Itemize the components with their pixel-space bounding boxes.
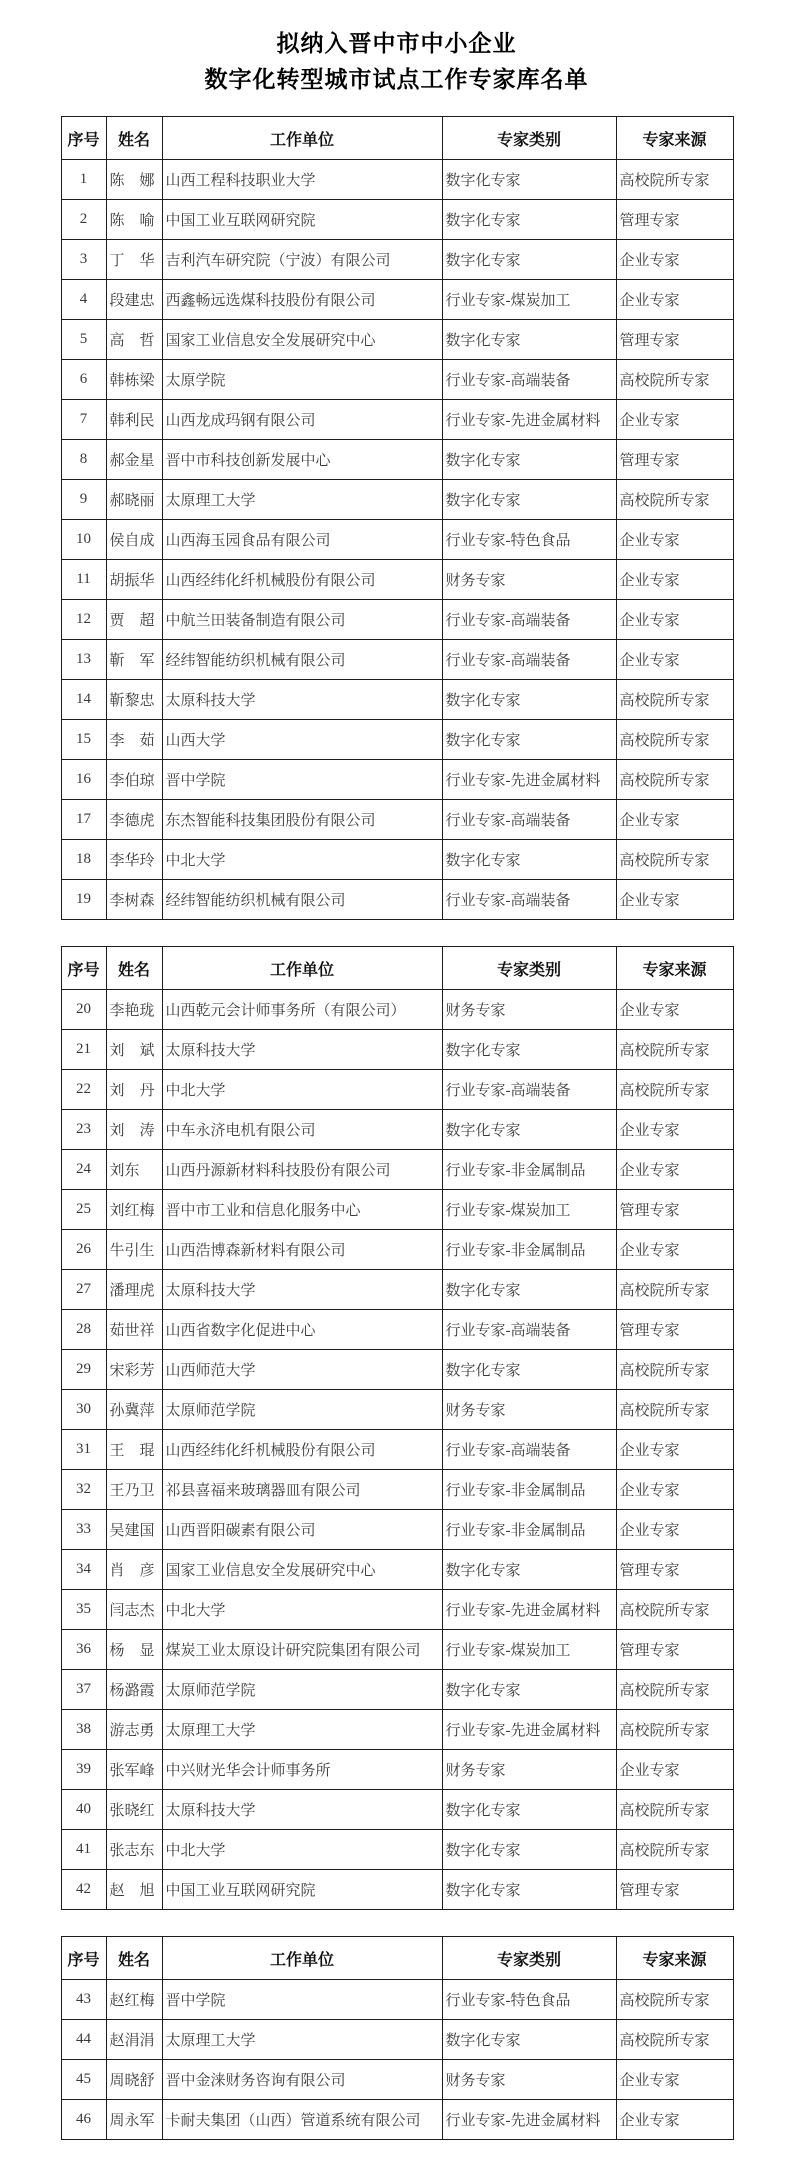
cell-no: 34 — [61, 1550, 106, 1590]
cell-cat: 行业专家-先进金属材料 — [442, 2100, 616, 2140]
cell-org: 太原科技大学 — [162, 1790, 442, 1830]
cell-org: 西鑫畅远选煤科技股份有限公司 — [162, 280, 442, 320]
cell-no: 38 — [61, 1710, 106, 1750]
cell-name: 陈 娜 — [106, 160, 162, 200]
table-row: 41张志东中北大学数字化专家高校院所专家 — [61, 1830, 733, 1870]
cell-name: 郝晓丽 — [106, 480, 162, 520]
cell-no: 39 — [61, 1750, 106, 1790]
cell-cat: 数字化专家 — [442, 1270, 616, 1310]
cell-no: 15 — [61, 720, 106, 760]
cell-no: 25 — [61, 1190, 106, 1230]
cell-src: 高校院所专家 — [616, 2020, 733, 2060]
cell-org: 国家工业信息安全发展研究中心 — [162, 320, 442, 360]
table-row: 31王 琨山西经纬化纤机械股份有限公司行业专家-高端装备企业专家 — [61, 1430, 733, 1470]
cell-name: 陈 喻 — [106, 200, 162, 240]
document-title-line2: 数字化转型城市试点工作专家库名单 — [0, 62, 793, 98]
cell-name: 刘 涛 — [106, 1110, 162, 1150]
cell-name: 张军峰 — [106, 1750, 162, 1790]
cell-cat: 行业专家-煤炭加工 — [442, 280, 616, 320]
table-row: 45周晓舒晋中金涞财务咨询有限公司财务专家企业专家 — [61, 2060, 733, 2100]
cell-src: 管理专家 — [616, 1870, 733, 1910]
cell-no: 26 — [61, 1230, 106, 1270]
cell-cat: 行业专家-非金属制品 — [442, 1510, 616, 1550]
cell-name: 郝金星 — [106, 440, 162, 480]
cell-org: 中兴财光华会计师事务所 — [162, 1750, 442, 1790]
table-row: 1陈 娜山西工程科技职业大学数字化专家高校院所专家 — [61, 160, 733, 200]
table-row: 46周永军卡耐夫集团（山西）管道系统有限公司行业专家-先进金属材料企业专家 — [61, 2100, 733, 2140]
cell-src: 管理专家 — [616, 440, 733, 480]
cell-name: 李树森 — [106, 880, 162, 920]
column-header-org: 工作单位 — [162, 117, 442, 160]
column-header-name: 姓名 — [106, 1937, 162, 1980]
cell-org: 山西浩博森新材料有限公司 — [162, 1230, 442, 1270]
cell-no: 44 — [61, 2020, 106, 2060]
table-row: 27潘理虎太原科技大学数字化专家高校院所专家 — [61, 1270, 733, 1310]
cell-cat: 财务专家 — [442, 1750, 616, 1790]
cell-src: 管理专家 — [616, 1190, 733, 1230]
cell-no: 6 — [61, 360, 106, 400]
cell-org: 中北大学 — [162, 840, 442, 880]
cell-org: 山西经纬化纤机械股份有限公司 — [162, 560, 442, 600]
cell-src: 高校院所专家 — [616, 1670, 733, 1710]
document-title: 拟纳入晋中市中小企业 数字化转型城市试点工作专家库名单 — [0, 26, 793, 98]
cell-src: 高校院所专家 — [616, 720, 733, 760]
table-row: 37杨潞霞太原师范学院数字化专家高校院所专家 — [61, 1670, 733, 1710]
cell-no: 5 — [61, 320, 106, 360]
cell-cat: 行业专家-高端装备 — [442, 1070, 616, 1110]
table-row: 19李树森经纬智能纺织机械有限公司行业专家-高端装备企业专家 — [61, 880, 733, 920]
table-row: 13靳 军经纬智能纺织机械有限公司行业专家-高端装备企业专家 — [61, 640, 733, 680]
cell-name: 王 琨 — [106, 1430, 162, 1470]
cell-name: 韩利民 — [106, 400, 162, 440]
cell-src: 企业专家 — [616, 880, 733, 920]
cell-cat: 行业专家-高端装备 — [442, 800, 616, 840]
cell-org: 祁县喜福来玻璃器皿有限公司 — [162, 1470, 442, 1510]
cell-cat: 行业专家-特色食品 — [442, 520, 616, 560]
table-row: 42赵 旭中国工业互联网研究院数字化专家管理专家 — [61, 1870, 733, 1910]
cell-name: 赵 旭 — [106, 1870, 162, 1910]
table-header-row: 序号姓名工作单位专家类别专家来源 — [61, 947, 733, 990]
cell-src: 高校院所专家 — [616, 1070, 733, 1110]
cell-src: 高校院所专家 — [616, 1390, 733, 1430]
cell-cat: 行业专家-非金属制品 — [442, 1230, 616, 1270]
table-row: 38游志勇太原理工大学行业专家-先进金属材料高校院所专家 — [61, 1710, 733, 1750]
cell-org: 中北大学 — [162, 1830, 442, 1870]
table-row: 7韩利民山西龙成玛钢有限公司行业专家-先进金属材料企业专家 — [61, 400, 733, 440]
cell-cat: 数字化专家 — [442, 720, 616, 760]
table-row: 23刘 涛中车永济电机有限公司数字化专家企业专家 — [61, 1110, 733, 1150]
table-row: 6韩栋梁太原学院行业专家-高端装备高校院所专家 — [61, 360, 733, 400]
cell-src: 企业专家 — [616, 1230, 733, 1270]
cell-org: 太原科技大学 — [162, 1030, 442, 1070]
table-row: 9郝晓丽太原理工大学数字化专家高校院所专家 — [61, 480, 733, 520]
cell-src: 企业专家 — [616, 240, 733, 280]
column-header-cat: 专家类别 — [442, 947, 616, 990]
cell-name: 李华玲 — [106, 840, 162, 880]
cell-name: 李艳珑 — [106, 990, 162, 1030]
cell-name: 刘 丹 — [106, 1070, 162, 1110]
document-title-line1: 拟纳入晋中市中小企业 — [0, 26, 793, 62]
cell-src: 管理专家 — [616, 320, 733, 360]
table-row: 39张军峰中兴财光华会计师事务所财务专家企业专家 — [61, 1750, 733, 1790]
cell-cat: 行业专家-高端装备 — [442, 1310, 616, 1350]
cell-src: 企业专家 — [616, 1750, 733, 1790]
table-row: 28茹世祥山西省数字化促进中心行业专家-高端装备管理专家 — [61, 1310, 733, 1350]
cell-org: 中车永济电机有限公司 — [162, 1110, 442, 1150]
cell-cat: 行业专家-先进金属材料 — [442, 1710, 616, 1750]
cell-no: 28 — [61, 1310, 106, 1350]
cell-name: 茹世祥 — [106, 1310, 162, 1350]
column-header-src: 专家来源 — [616, 117, 733, 160]
column-header-src: 专家来源 — [616, 947, 733, 990]
cell-src: 企业专家 — [616, 640, 733, 680]
cell-cat: 行业专家-高端装备 — [442, 600, 616, 640]
cell-org: 山西省数字化促进中心 — [162, 1310, 442, 1350]
cell-org: 晋中市科技创新发展中心 — [162, 440, 442, 480]
cell-name: 靳 军 — [106, 640, 162, 680]
cell-no: 21 — [61, 1030, 106, 1070]
cell-name: 靳黎忠 — [106, 680, 162, 720]
cell-org: 中航兰田装备制造有限公司 — [162, 600, 442, 640]
cell-name: 赵涓涓 — [106, 2020, 162, 2060]
table-row: 29宋彩芳山西师范大学数字化专家高校院所专家 — [61, 1350, 733, 1390]
table-row: 10侯自成山西海玉园食品有限公司行业专家-特色食品企业专家 — [61, 520, 733, 560]
cell-no: 23 — [61, 1110, 106, 1150]
cell-src: 企业专家 — [616, 1510, 733, 1550]
cell-cat: 行业专家-高端装备 — [442, 360, 616, 400]
cell-no: 22 — [61, 1070, 106, 1110]
column-header-org: 工作单位 — [162, 947, 442, 990]
cell-org: 经纬智能纺织机械有限公司 — [162, 640, 442, 680]
cell-org: 中国工业互联网研究院 — [162, 1870, 442, 1910]
cell-name: 周晓舒 — [106, 2060, 162, 2100]
column-header-src: 专家来源 — [616, 1937, 733, 1980]
cell-org: 太原理工大学 — [162, 480, 442, 520]
column-header-no: 序号 — [61, 1937, 106, 1980]
cell-src: 管理专家 — [616, 1630, 733, 1670]
cell-src: 高校院所专家 — [616, 1030, 733, 1070]
cell-name: 刘 斌 — [106, 1030, 162, 1070]
column-header-name: 姓名 — [106, 117, 162, 160]
cell-cat: 行业专家-高端装备 — [442, 880, 616, 920]
cell-name: 张志东 — [106, 1830, 162, 1870]
document-page: 拟纳入晋中市中小企业 数字化转型城市试点工作专家库名单 序号姓名工作单位专家类别… — [0, 0, 793, 2180]
cell-no: 40 — [61, 1790, 106, 1830]
cell-src: 企业专家 — [616, 400, 733, 440]
cell-name: 胡振华 — [106, 560, 162, 600]
table-row: 35闫志杰中北大学行业专家-先进金属材料高校院所专家 — [61, 1590, 733, 1630]
expert-table-1: 序号姓名工作单位专家类别专家来源1陈 娜山西工程科技职业大学数字化专家高校院所专… — [61, 116, 734, 920]
cell-cat: 数字化专家 — [442, 1550, 616, 1590]
cell-src: 高校院所专家 — [616, 360, 733, 400]
cell-no: 27 — [61, 1270, 106, 1310]
cell-src: 企业专家 — [616, 990, 733, 1030]
cell-cat: 数字化专家 — [442, 1790, 616, 1830]
cell-src: 高校院所专家 — [616, 1350, 733, 1390]
column-header-cat: 专家类别 — [442, 1937, 616, 1980]
table-row: 14靳黎忠太原科技大学数字化专家高校院所专家 — [61, 680, 733, 720]
cell-no: 2 — [61, 200, 106, 240]
cell-name: 高 哲 — [106, 320, 162, 360]
column-header-name: 姓名 — [106, 947, 162, 990]
cell-name: 李伯琼 — [106, 760, 162, 800]
cell-org: 山西海玉园食品有限公司 — [162, 520, 442, 560]
cell-org: 山西晋阳碳素有限公司 — [162, 1510, 442, 1550]
cell-no: 42 — [61, 1870, 106, 1910]
cell-cat: 数字化专家 — [442, 200, 616, 240]
table-row: 11胡振华山西经纬化纤机械股份有限公司财务专家企业专家 — [61, 560, 733, 600]
table-row: 20李艳珑山西乾元会计师事务所（有限公司）财务专家企业专家 — [61, 990, 733, 1030]
cell-name: 李德虎 — [106, 800, 162, 840]
cell-no: 45 — [61, 2060, 106, 2100]
cell-src: 高校院所专家 — [616, 1980, 733, 2020]
cell-org: 太原学院 — [162, 360, 442, 400]
cell-org: 中国工业互联网研究院 — [162, 200, 442, 240]
cell-name: 杨潞霞 — [106, 1670, 162, 1710]
cell-no: 16 — [61, 760, 106, 800]
cell-src: 企业专家 — [616, 1110, 733, 1150]
cell-src: 高校院所专家 — [616, 760, 733, 800]
cell-org: 山西经纬化纤机械股份有限公司 — [162, 1430, 442, 1470]
expert-table-2: 序号姓名工作单位专家类别专家来源20李艳珑山西乾元会计师事务所（有限公司）财务专… — [61, 946, 734, 1910]
cell-cat: 数字化专家 — [442, 1830, 616, 1870]
table-row: 36杨 显煤炭工业太原设计研究院集团有限公司行业专家-煤炭加工管理专家 — [61, 1630, 733, 1670]
table-row: 8郝金星晋中市科技创新发展中心数字化专家管理专家 — [61, 440, 733, 480]
table-row: 22刘 丹中北大学行业专家-高端装备高校院所专家 — [61, 1070, 733, 1110]
cell-org: 煤炭工业太原设计研究院集团有限公司 — [162, 1630, 442, 1670]
cell-name: 李 茹 — [106, 720, 162, 760]
expert-table-3: 序号姓名工作单位专家类别专家来源43赵红梅晋中学院行业专家-特色食品高校院所专家… — [61, 1936, 734, 2140]
expert-tables-container: 序号姓名工作单位专家类别专家来源1陈 娜山西工程科技职业大学数字化专家高校院所专… — [61, 116, 733, 2140]
cell-no: 12 — [61, 600, 106, 640]
cell-src: 高校院所专家 — [616, 160, 733, 200]
cell-no: 18 — [61, 840, 106, 880]
cell-cat: 行业专家-非金属制品 — [442, 1470, 616, 1510]
cell-name: 肖 彦 — [106, 1550, 162, 1590]
table-row: 44赵涓涓太原理工大学数字化专家高校院所专家 — [61, 2020, 733, 2060]
cell-name: 牛引生 — [106, 1230, 162, 1270]
column-header-no: 序号 — [61, 117, 106, 160]
table-row: 34肖 彦国家工业信息安全发展研究中心数字化专家管理专家 — [61, 1550, 733, 1590]
cell-org: 经纬智能纺织机械有限公司 — [162, 880, 442, 920]
cell-org: 中北大学 — [162, 1070, 442, 1110]
cell-no: 19 — [61, 880, 106, 920]
cell-no: 14 — [61, 680, 106, 720]
cell-no: 8 — [61, 440, 106, 480]
cell-src: 企业专家 — [616, 800, 733, 840]
cell-cat: 数字化专家 — [442, 680, 616, 720]
cell-cat: 数字化专家 — [442, 1870, 616, 1910]
cell-src: 高校院所专家 — [616, 1710, 733, 1750]
table-row: 25刘红梅晋中市工业和信息化服务中心行业专家-煤炭加工管理专家 — [61, 1190, 733, 1230]
cell-no: 30 — [61, 1390, 106, 1430]
table-row: 18李华玲中北大学数字化专家高校院所专家 — [61, 840, 733, 880]
table-header-row: 序号姓名工作单位专家类别专家来源 — [61, 117, 733, 160]
cell-org: 山西丹源新材料科技股份有限公司 — [162, 1150, 442, 1190]
cell-name: 贾 超 — [106, 600, 162, 640]
cell-org: 山西大学 — [162, 720, 442, 760]
cell-org: 晋中学院 — [162, 1980, 442, 2020]
cell-org: 晋中学院 — [162, 760, 442, 800]
cell-org: 太原师范学院 — [162, 1670, 442, 1710]
cell-no: 7 — [61, 400, 106, 440]
cell-name: 赵红梅 — [106, 1980, 162, 2020]
cell-no: 20 — [61, 990, 106, 1030]
cell-no: 3 — [61, 240, 106, 280]
cell-src: 企业专家 — [616, 2060, 733, 2100]
cell-cat: 行业专家-高端装备 — [442, 640, 616, 680]
column-header-org: 工作单位 — [162, 1937, 442, 1980]
cell-src: 企业专家 — [616, 280, 733, 320]
cell-src: 企业专家 — [616, 560, 733, 600]
cell-cat: 财务专家 — [442, 1390, 616, 1430]
cell-name: 丁 华 — [106, 240, 162, 280]
cell-src: 企业专家 — [616, 1150, 733, 1190]
cell-no: 24 — [61, 1150, 106, 1190]
cell-cat: 数字化专家 — [442, 840, 616, 880]
cell-org: 太原理工大学 — [162, 2020, 442, 2060]
column-header-no: 序号 — [61, 947, 106, 990]
cell-cat: 财务专家 — [442, 560, 616, 600]
cell-cat: 数字化专家 — [442, 1030, 616, 1070]
cell-no: 10 — [61, 520, 106, 560]
cell-no: 17 — [61, 800, 106, 840]
cell-cat: 行业专家-高端装备 — [442, 1430, 616, 1470]
cell-org: 太原科技大学 — [162, 1270, 442, 1310]
cell-no: 29 — [61, 1350, 106, 1390]
cell-name: 潘理虎 — [106, 1270, 162, 1310]
cell-no: 41 — [61, 1830, 106, 1870]
cell-org: 吉利汽车研究院（宁波）有限公司 — [162, 240, 442, 280]
table-row: 40张晓红太原科技大学数字化专家高校院所专家 — [61, 1790, 733, 1830]
cell-cat: 财务专家 — [442, 2060, 616, 2100]
table-row: 33吴建国山西晋阳碳素有限公司行业专家-非金属制品企业专家 — [61, 1510, 733, 1550]
cell-cat: 行业专家-特色食品 — [442, 1980, 616, 2020]
cell-no: 46 — [61, 2100, 106, 2140]
cell-name: 吴建国 — [106, 1510, 162, 1550]
cell-name: 闫志杰 — [106, 1590, 162, 1630]
cell-src: 高校院所专家 — [616, 1590, 733, 1630]
cell-src: 高校院所专家 — [616, 1830, 733, 1870]
cell-src: 高校院所专家 — [616, 480, 733, 520]
cell-no: 37 — [61, 1670, 106, 1710]
cell-cat: 数字化专家 — [442, 160, 616, 200]
cell-name: 刘东 — [106, 1150, 162, 1190]
table-row: 4段建忠西鑫畅远选煤科技股份有限公司行业专家-煤炭加工企业专家 — [61, 280, 733, 320]
table-row: 30孙冀萍太原师范学院财务专家高校院所专家 — [61, 1390, 733, 1430]
cell-org: 太原师范学院 — [162, 1390, 442, 1430]
cell-cat: 数字化专家 — [442, 1350, 616, 1390]
cell-src: 管理专家 — [616, 1550, 733, 1590]
cell-no: 13 — [61, 640, 106, 680]
cell-name: 张晓红 — [106, 1790, 162, 1830]
cell-cat: 数字化专家 — [442, 320, 616, 360]
cell-cat: 数字化专家 — [442, 440, 616, 480]
cell-cat: 数字化专家 — [442, 2020, 616, 2060]
cell-src: 企业专家 — [616, 520, 733, 560]
cell-no: 9 — [61, 480, 106, 520]
cell-name: 宋彩芳 — [106, 1350, 162, 1390]
cell-org: 山西龙成玛钢有限公司 — [162, 400, 442, 440]
cell-org: 太原理工大学 — [162, 1710, 442, 1750]
cell-no: 32 — [61, 1470, 106, 1510]
cell-no: 33 — [61, 1510, 106, 1550]
cell-org: 山西工程科技职业大学 — [162, 160, 442, 200]
table-row: 15李 茹山西大学数字化专家高校院所专家 — [61, 720, 733, 760]
cell-cat: 行业专家-先进金属材料 — [442, 400, 616, 440]
cell-cat: 行业专家-非金属制品 — [442, 1150, 616, 1190]
cell-cat: 财务专家 — [442, 990, 616, 1030]
cell-org: 山西乾元会计师事务所（有限公司） — [162, 990, 442, 1030]
table-row: 26牛引生山西浩博森新材料有限公司行业专家-非金属制品企业专家 — [61, 1230, 733, 1270]
cell-cat: 数字化专家 — [442, 1670, 616, 1710]
cell-src: 企业专家 — [616, 1470, 733, 1510]
cell-cat: 行业专家-先进金属材料 — [442, 760, 616, 800]
cell-org: 卡耐夫集团（山西）管道系统有限公司 — [162, 2100, 442, 2140]
cell-cat: 行业专家-煤炭加工 — [442, 1630, 616, 1670]
table-row: 12贾 超中航兰田装备制造有限公司行业专家-高端装备企业专家 — [61, 600, 733, 640]
cell-src: 管理专家 — [616, 200, 733, 240]
cell-name: 游志勇 — [106, 1710, 162, 1750]
table-row: 16李伯琼晋中学院行业专家-先进金属材料高校院所专家 — [61, 760, 733, 800]
cell-name: 周永军 — [106, 2100, 162, 2140]
cell-cat: 数字化专家 — [442, 1110, 616, 1150]
cell-name: 杨 显 — [106, 1630, 162, 1670]
cell-src: 高校院所专家 — [616, 840, 733, 880]
cell-name: 孙冀萍 — [106, 1390, 162, 1430]
table-row: 24刘东山西丹源新材料科技股份有限公司行业专家-非金属制品企业专家 — [61, 1150, 733, 1190]
cell-org: 东杰智能科技集团股份有限公司 — [162, 800, 442, 840]
cell-name: 刘红梅 — [106, 1190, 162, 1230]
table-row: 2陈 喻中国工业互联网研究院数字化专家管理专家 — [61, 200, 733, 240]
cell-org: 中北大学 — [162, 1590, 442, 1630]
cell-name: 段建忠 — [106, 280, 162, 320]
cell-name: 侯自成 — [106, 520, 162, 560]
cell-name: 王乃卫 — [106, 1470, 162, 1510]
table-row: 5高 哲国家工业信息安全发展研究中心数字化专家管理专家 — [61, 320, 733, 360]
cell-src: 高校院所专家 — [616, 1790, 733, 1830]
cell-no: 11 — [61, 560, 106, 600]
cell-cat: 行业专家-煤炭加工 — [442, 1190, 616, 1230]
cell-org: 晋中市工业和信息化服务中心 — [162, 1190, 442, 1230]
cell-no: 35 — [61, 1590, 106, 1630]
table-row: 17李德虎东杰智能科技集团股份有限公司行业专家-高端装备企业专家 — [61, 800, 733, 840]
cell-cat: 数字化专家 — [442, 480, 616, 520]
cell-org: 太原科技大学 — [162, 680, 442, 720]
cell-no: 31 — [61, 1430, 106, 1470]
table-header-row: 序号姓名工作单位专家类别专家来源 — [61, 1937, 733, 1980]
cell-no: 43 — [61, 1980, 106, 2020]
cell-org: 国家工业信息安全发展研究中心 — [162, 1550, 442, 1590]
table-row: 21刘 斌太原科技大学数字化专家高校院所专家 — [61, 1030, 733, 1070]
cell-cat: 行业专家-先进金属材料 — [442, 1590, 616, 1630]
table-row: 32王乃卫祁县喜福来玻璃器皿有限公司行业专家-非金属制品企业专家 — [61, 1470, 733, 1510]
cell-org: 山西师范大学 — [162, 1350, 442, 1390]
table-row: 43赵红梅晋中学院行业专家-特色食品高校院所专家 — [61, 1980, 733, 2020]
cell-src: 高校院所专家 — [616, 1270, 733, 1310]
cell-name: 韩栋梁 — [106, 360, 162, 400]
cell-src: 企业专家 — [616, 2100, 733, 2140]
cell-cat: 数字化专家 — [442, 240, 616, 280]
table-row: 3丁 华吉利汽车研究院（宁波）有限公司数字化专家企业专家 — [61, 240, 733, 280]
cell-src: 企业专家 — [616, 600, 733, 640]
cell-no: 4 — [61, 280, 106, 320]
cell-org: 晋中金涞财务咨询有限公司 — [162, 2060, 442, 2100]
cell-src: 企业专家 — [616, 1430, 733, 1470]
cell-src: 高校院所专家 — [616, 680, 733, 720]
column-header-cat: 专家类别 — [442, 117, 616, 160]
cell-no: 1 — [61, 160, 106, 200]
